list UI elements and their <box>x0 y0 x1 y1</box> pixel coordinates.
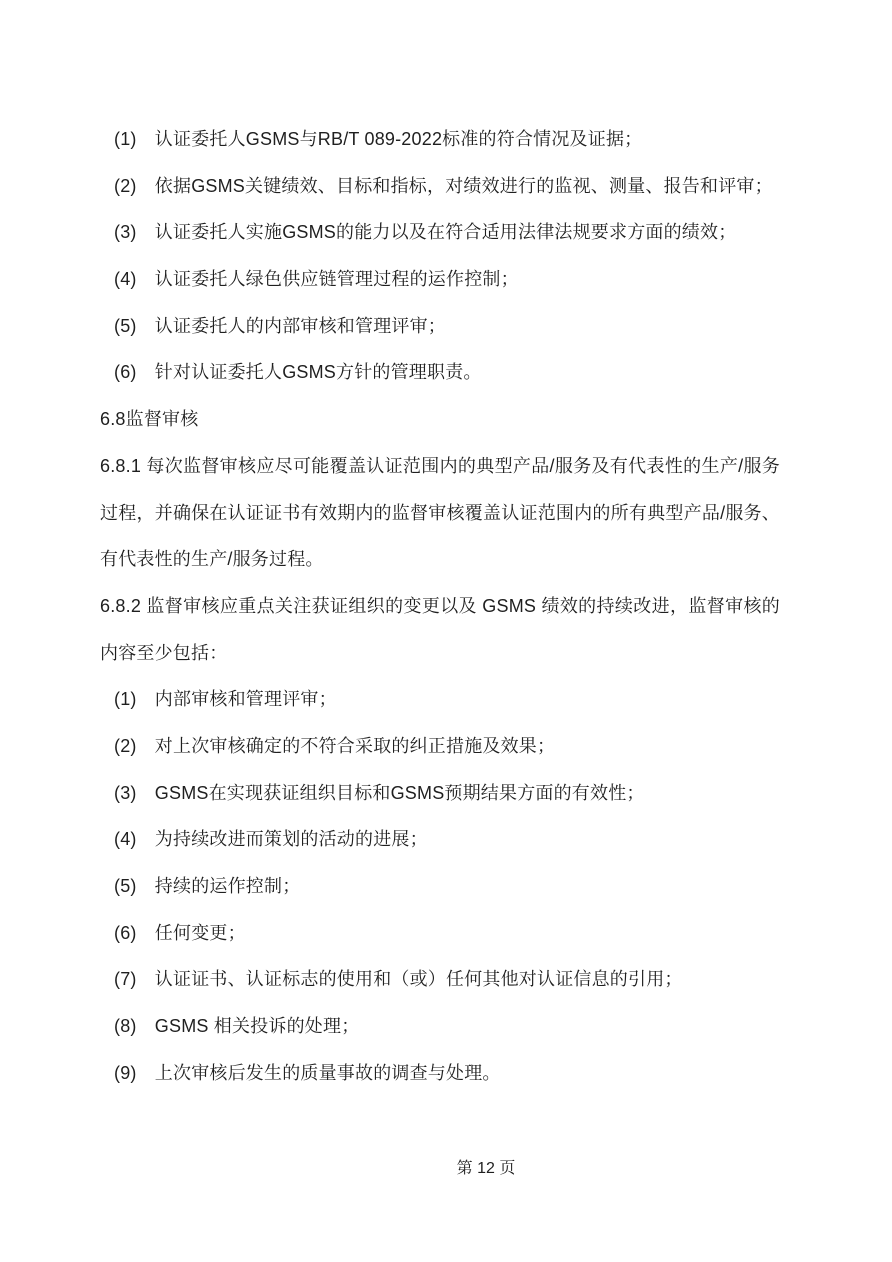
clause-list-item-1: (1) 认证委托人GSMS与RB/T 089-2022标准的符合情况及证据； <box>100 116 780 163</box>
page-number: 第 12 页 <box>0 1156 892 1182</box>
clause-6-8-1-line-2: 过程，并确保在认证证书有效期内的监督审核覆盖认证范围内的所有典型产品/服务、 <box>100 490 780 537</box>
clause-6-8-2-line-1: 6.8.2 监督审核应重点关注获证组织的变更以及 GSMS 绩效的持续改进，监督… <box>100 583 780 630</box>
clause-list-item-2: (2) 依据GSMS关键绩效、目标和指标，对绩效进行的监视、测量、报告和评审； <box>100 163 780 210</box>
clause-list-item-5: (5) 认证委托人的内部审核和管理评审； <box>100 303 780 350</box>
audit-content-item-5: (5) 持续的运作控制； <box>100 863 780 910</box>
audit-content-item-6: (6) 任何变更； <box>100 910 780 957</box>
document-body: (1) 认证委托人GSMS与RB/T 089-2022标准的符合情况及证据； (… <box>100 116 780 1096</box>
clause-list-item-3: (3) 认证委托人实施GSMS的能力以及在符合适用法律法规要求方面的绩效； <box>100 209 780 256</box>
audit-content-item-3: (3) GSMS在实现获证组织目标和GSMS预期结果方面的有效性； <box>100 770 780 817</box>
audit-content-item-2: (2) 对上次审核确定的不符合采取的纠正措施及效果； <box>100 723 780 770</box>
audit-content-item-8: (8) GSMS 相关投诉的处理； <box>100 1003 780 1050</box>
section-6-8-heading: 6.8监督审核 <box>100 396 780 443</box>
clause-6-8-2-line-2: 内容至少包括： <box>100 630 780 677</box>
clause-list-item-6: (6) 针对认证委托人GSMS方针的管理职责。 <box>100 349 780 396</box>
audit-content-item-9: (9) 上次审核后发生的质量事故的调查与处理。 <box>100 1050 780 1097</box>
clause-6-8-1-line-3: 有代表性的生产/服务过程。 <box>100 536 780 583</box>
audit-content-item-4: (4) 为持续改进而策划的活动的进展； <box>100 816 780 863</box>
document-page: (1) 认证委托人GSMS与RB/T 089-2022标准的符合情况及证据； (… <box>0 0 892 1262</box>
clause-6-8-1-line-1: 6.8.1 每次监督审核应尽可能覆盖认证范围内的典型产品/服务及有代表性的生产/… <box>100 443 780 490</box>
audit-content-item-1: (1) 内部审核和管理评审； <box>100 676 780 723</box>
clause-list-item-4: (4) 认证委托人绿色供应链管理过程的运作控制； <box>100 256 780 303</box>
audit-content-item-7: (7) 认证证书、认证标志的使用和（或）任何其他对认证信息的引用； <box>100 956 780 1003</box>
